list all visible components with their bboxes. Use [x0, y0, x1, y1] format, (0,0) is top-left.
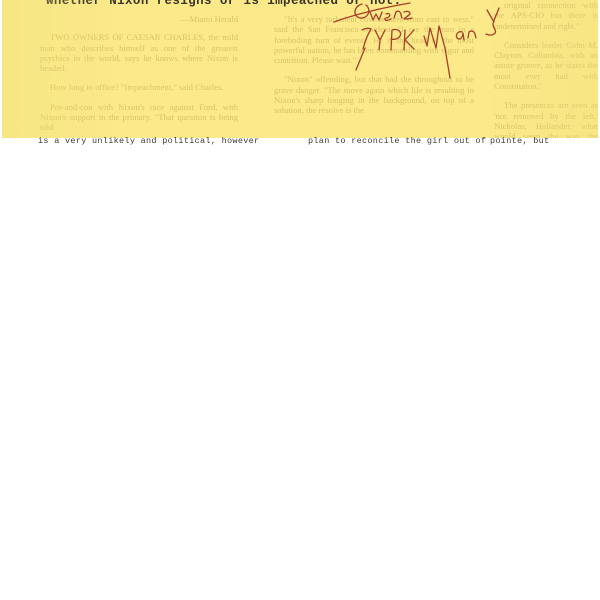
column-3: original connection with the APS-CIO but… — [494, 0, 598, 138]
column-2: "It's a very turbulent environment from … — [274, 14, 474, 125]
paragraph: Pro-and-con with Nixon's race against Fo… — [40, 102, 238, 133]
paragraph: original connection with the APS-CIO but… — [494, 0, 598, 31]
paragraph: The presences are seen as 'not removed b… — [494, 100, 598, 138]
cut-text-fragment: plan to reconcile the girl out of — [308, 136, 486, 146]
byline: —Miami Herald — [40, 14, 238, 24]
paragraph: TWO OWNERS OF CAESAR CHARLES, the mild m… — [40, 32, 238, 73]
headline: whether Nixon resigns or is impeached or… — [46, 0, 402, 8]
column-1: —Miami Herald TWO OWNERS OF CAESAR CHARL… — [40, 14, 238, 138]
newspaper-clipping: whether Nixon resigns or is impeached or… — [2, 0, 598, 138]
paragraph: "It's a very turbulent environment from … — [274, 14, 474, 65]
cut-text-fragment: is a very unlikely and political, howeve… — [38, 136, 259, 146]
paragraph: Considers leader Cohn M. Clayton, Columb… — [494, 40, 598, 91]
paragraph: How long in office? "Impeachment," said … — [40, 82, 238, 92]
paragraph: "Nixon" offending, but that had the thro… — [274, 74, 474, 115]
cut-text-fragment: pointe, but — [490, 136, 549, 146]
